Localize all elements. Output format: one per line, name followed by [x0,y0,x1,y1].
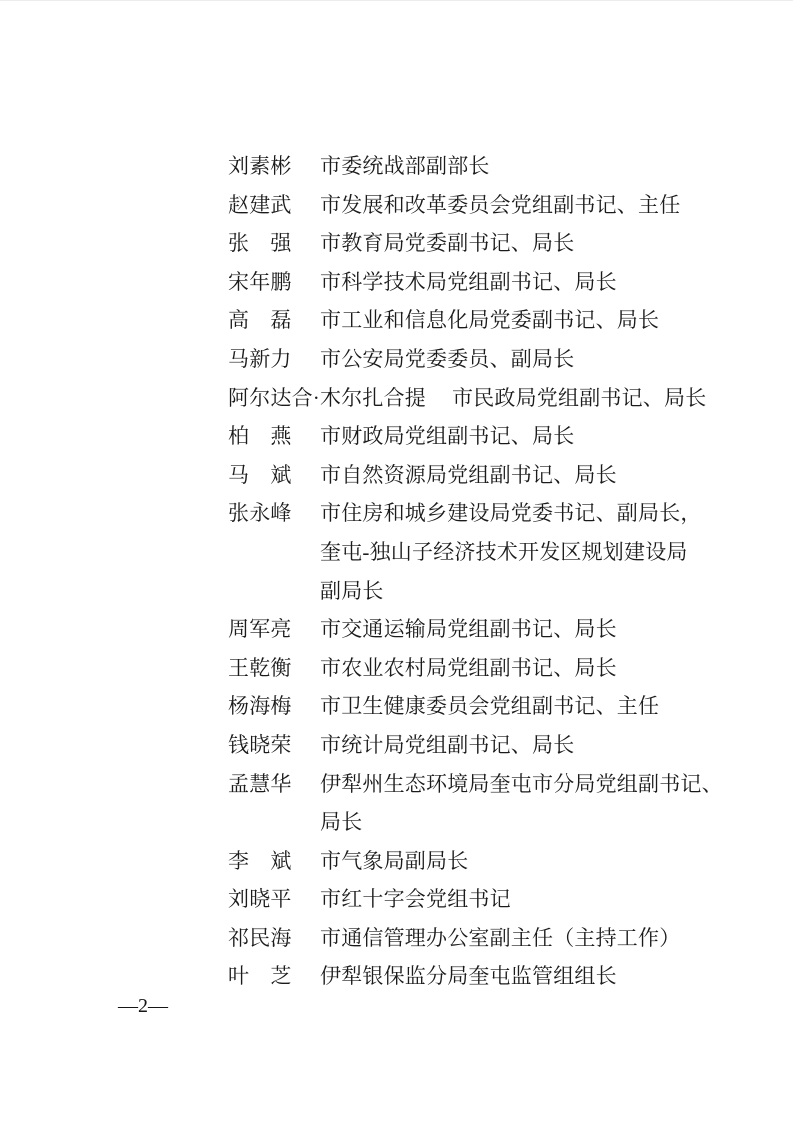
roster-entry: 王乾衡 市农业农村局党组副书记、局长 [228,649,748,688]
roster-entry: 柏 燕 市财政局党组副书记、局长 [228,417,748,456]
roster-entry: 刘素彬 市委统战部副部长 [228,147,748,186]
person-position: 市通信管理办公室副主任（主持工作） [320,919,680,958]
person-position: 市红十字会党组书记 [320,880,511,919]
person-position: 市气象局副局长 [320,842,468,881]
person-position: 市交通运输局党组副书记、局长 [320,610,617,649]
position-line: 市红十字会党组书记 [320,880,511,919]
person-position: 伊犁银保监分局奎屯监管组组长 [320,957,617,996]
roster-entry: 马 斌 市自然资源局党组副书记、局长 [228,456,748,495]
person-position: 市自然资源局党组副书记、局长 [320,456,617,495]
roster-entry: 祁民海 市通信管理办公室副主任（主持工作） [228,919,748,958]
position-line: 伊犁银保监分局奎屯监管组组长 [320,957,617,996]
person-name: 高 磊 [228,301,320,340]
position-line: 市农业农村局党组副书记、局长 [320,649,617,688]
appointment-roster: 刘素彬 市委统战部副部长 赵建武 市发展和改革委员会党组副书记、主任 张 强 市… [228,147,748,996]
person-position: 市卫生健康委员会党组副书记、主任 [320,687,659,726]
person-name: 李 斌 [228,842,320,881]
roster-entry: 钱晓荣 市统计局党组副书记、局长 [228,726,748,765]
position-line: 市教育局党委副书记、局长 [320,224,574,263]
position-line: 市发展和改革委员会党组副书记、主任 [320,186,680,225]
position-line: 市财政局党组副书记、局长 [320,417,574,456]
person-name: 宋年鹏 [228,263,320,302]
person-name: 马 斌 [228,456,320,495]
position-line: 市科学技术局党组副书记、局长 [320,263,617,302]
position-line: 市住房和城乡建设局党委书记、副局长， [320,494,702,533]
position-line: 市委统战部副部长 [320,147,490,186]
person-position: 伊犁州生态环境局奎屯市分局党组副书记、局长 [320,765,723,842]
person-name: 阿尔达合·木尔扎合提 [228,379,426,418]
person-name: 马新力 [228,340,320,379]
position-line: 市卫生健康委员会党组副书记、主任 [320,687,659,726]
person-position: 市财政局党组副书记、局长 [320,417,574,456]
person-position: 市发展和改革委员会党组副书记、主任 [320,186,680,225]
position-line: 市统计局党组副书记、局长 [320,726,574,765]
roster-entry: 叶 芝 伊犁银保监分局奎屯监管组组长 [228,957,748,996]
person-name: 周军亮 [228,610,320,649]
person-position: 市公安局党委委员、副局长 [320,340,574,379]
person-name: 刘素彬 [228,147,320,186]
person-position: 市民政局党组副书记、局长 [452,379,706,418]
roster-entry: 阿尔达合·木尔扎合提 市民政局党组副书记、局长 [228,379,748,418]
roster-entry: 杨海梅 市卫生健康委员会党组副书记、主任 [228,687,748,726]
roster-entry: 李 斌 市气象局副局长 [228,842,748,881]
position-line: 市民政局党组副书记、局长 [452,379,706,418]
person-name: 杨海梅 [228,687,320,726]
position-line: 局长 [320,803,723,842]
roster-entry: 张 强 市教育局党委副书记、局长 [228,224,748,263]
roster-entry: 赵建武 市发展和改革委员会党组副书记、主任 [228,186,748,225]
roster-entry: 宋年鹏 市科学技术局党组副书记、局长 [228,263,748,302]
position-line: 市自然资源局党组副书记、局长 [320,456,617,495]
position-line: 市工业和信息化局党委副书记、局长 [320,301,659,340]
position-line: 伊犁州生态环境局奎屯市分局党组副书记、 [320,765,723,804]
person-name: 祁民海 [228,919,320,958]
person-position: 市工业和信息化局党委副书记、局长 [320,301,659,340]
person-position: 市农业农村局党组副书记、局长 [320,649,617,688]
document-page: 刘素彬 市委统战部副部长 赵建武 市发展和改革委员会党组副书记、主任 张 强 市… [0,0,793,1122]
position-line: 市交通运输局党组副书记、局长 [320,610,617,649]
person-name: 张 强 [228,224,320,263]
person-position: 市统计局党组副书记、局长 [320,726,574,765]
position-line: 副局长 [320,572,702,611]
page-number: —2— [118,996,168,1016]
roster-entry: 高 磊 市工业和信息化局党委副书记、局长 [228,301,748,340]
roster-entry: 刘晓平 市红十字会党组书记 [228,880,748,919]
person-name: 柏 燕 [228,417,320,456]
person-name: 王乾衡 [228,649,320,688]
person-name: 刘晓平 [228,880,320,919]
person-name: 钱晓荣 [228,726,320,765]
position-line: 市通信管理办公室副主任（主持工作） [320,919,680,958]
roster-entry: 张永峰 市住房和城乡建设局党委书记、副局长，奎屯-独山子经济技术开发区规划建设局… [228,494,748,610]
position-line: 市公安局党委委员、副局长 [320,340,574,379]
person-name: 叶 芝 [228,957,320,996]
roster-entry: 马新力 市公安局党委委员、副局长 [228,340,748,379]
roster-entry: 孟慧华 伊犁州生态环境局奎屯市分局党组副书记、局长 [228,765,748,842]
person-position: 市科学技术局党组副书记、局长 [320,263,617,302]
person-position: 市委统战部副部长 [320,147,490,186]
roster-entry: 周军亮 市交通运输局党组副书记、局长 [228,610,748,649]
position-line: 奎屯-独山子经济技术开发区规划建设局 [320,533,702,572]
position-line: 市气象局副局长 [320,842,468,881]
person-name: 孟慧华 [228,765,320,804]
person-position: 市教育局党委副书记、局长 [320,224,574,263]
person-position: 市住房和城乡建设局党委书记、副局长，奎屯-独山子经济技术开发区规划建设局副局长 [320,494,702,610]
person-name: 赵建武 [228,186,320,225]
person-name: 张永峰 [228,494,320,533]
